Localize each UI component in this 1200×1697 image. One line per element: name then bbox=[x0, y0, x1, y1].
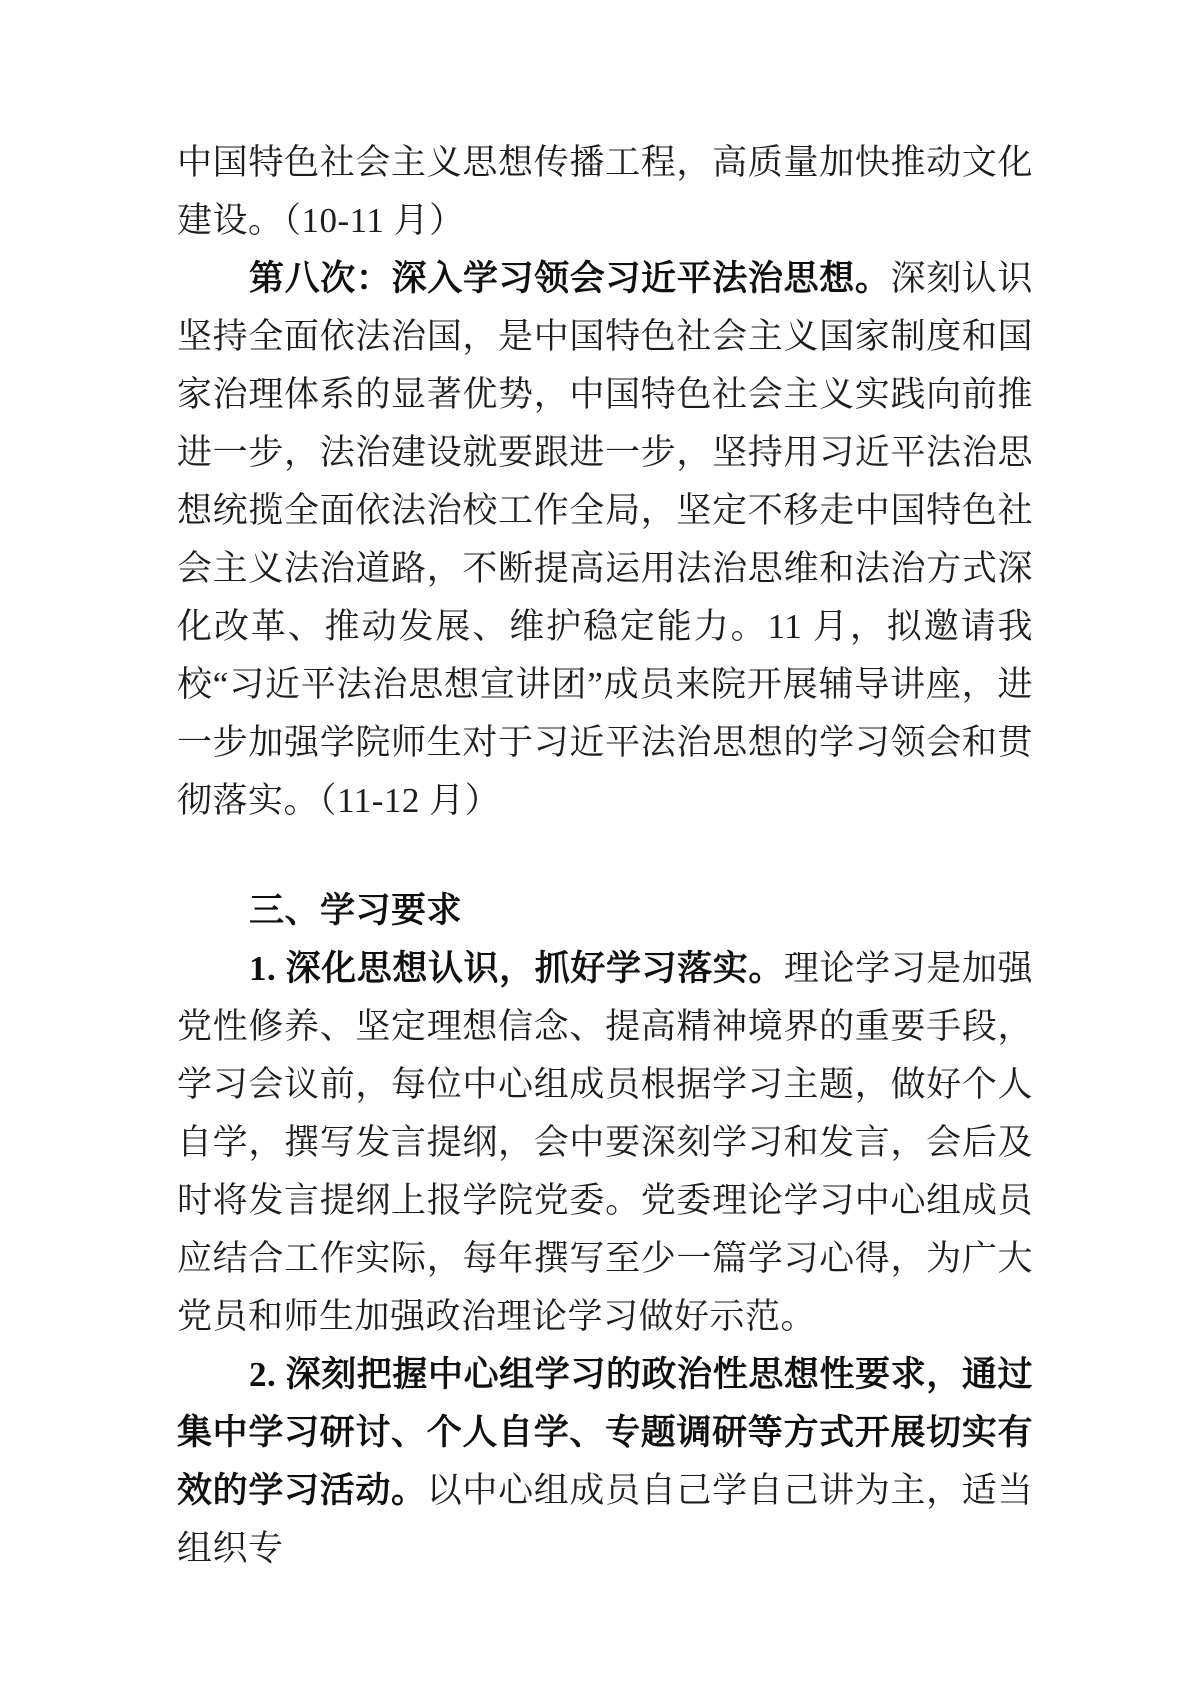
paragraph-session-eight: 第八次：深入学习领会习近平法治思想。深刻认识坚持全面依法治国，是中国特色社会主义… bbox=[177, 250, 1033, 830]
paragraph-continuation: 中国特色社会主义思想传播工程，高质量加快推动文化建设。（10-11 月） bbox=[177, 134, 1033, 250]
paragraph-requirement-one: 1. 深化思想认识，抓好学习落实。理论学习是加强党性修养、坚定理想信念、提高精神… bbox=[177, 940, 1033, 1346]
section-heading-study-requirements: 三、学习要求 bbox=[177, 882, 1033, 940]
paragraph-requirement-one-lead: 1. 深化思想认识，抓好学习落实。 bbox=[249, 949, 784, 988]
paragraph-session-eight-body: 深刻认识坚持全面依法治国，是中国特色社会主义国家制度和国家治理体系的显著优势，中… bbox=[177, 259, 1033, 820]
paragraph-continuation-text: 中国特色社会主义思想传播工程，高质量加快推动文化建设。（10-11 月） bbox=[177, 143, 1033, 240]
document-page: 中国特色社会主义思想传播工程，高质量加快推动文化建设。（10-11 月） 第八次… bbox=[0, 0, 1200, 1697]
paragraph-session-eight-lead: 第八次：深入学习领会习近平法治思想。 bbox=[249, 259, 891, 298]
paragraph-requirement-one-body: 理论学习是加强党性修养、坚定理想信念、提高精神境界的重要手段，学习会议前，每位中… bbox=[177, 949, 1033, 1336]
paragraph-requirement-two: 2. 深刻把握中心组学习的政治性思想性要求，通过集中学习研讨、个人自学、专题调研… bbox=[177, 1346, 1033, 1578]
document-text-block: 中国特色社会主义思想传播工程，高质量加快推动文化建设。（10-11 月） 第八次… bbox=[177, 134, 1033, 1578]
